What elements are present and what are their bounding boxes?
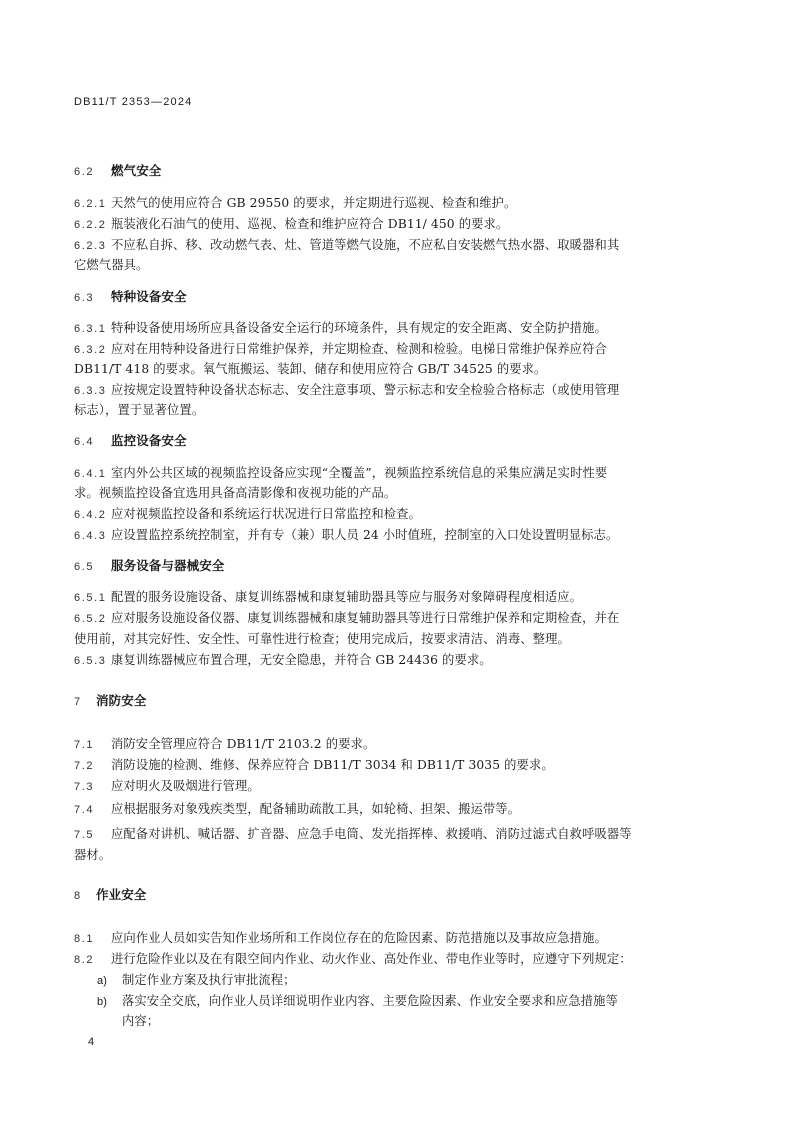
clause-text: 天然气的使用应符合 GB 29550 的要求，并定期进行巡视、检查和维护。 [111, 196, 516, 210]
clause-number: 6.3.1 [74, 321, 111, 337]
clause-8-2: 8.2进行危险作业以及在有限空间内作业、动火作业、高处作业、带电作业等时，应遵守… [74, 951, 632, 968]
clause-number: 6.5.3 [74, 653, 111, 669]
clause-8-1: 8.1应向作业人员如实告知作业场所和工作岗位存在的危险因素、防范措施以及事故应急… [74, 930, 607, 947]
clause-number: 6.2.3 [74, 238, 111, 254]
clause-text: 进行危险作业以及在有限空间内作业、动火作业、高处作业、带电作业等时，应遵守下列规… [111, 952, 632, 966]
clause-text: 应对视频监控设备和系统运行状况进行日常监控和检查。 [111, 507, 421, 521]
clause-number: 6.4.2 [74, 507, 111, 523]
clause-number: 7.5 [74, 827, 111, 843]
clause-number: 6.4.3 [74, 528, 111, 544]
clause-text: 室内外公共区域的视频监控设备应实现“全覆盖”，视频监控系统信息的采集应满足实时性… [111, 466, 607, 480]
section-heading-6-3: 6.3特种设备安全 [74, 289, 187, 306]
clause-text: 消防设施的检测、维修、保养应符合 DB11/T 3034 和 DB11/T 30… [111, 758, 554, 772]
section-heading-6-5: 6.5服务设备与器械安全 [74, 558, 224, 575]
clause-6-4-1-cont: 求。视频监控设备宜选用具备高清影像和夜视功能的产品。 [74, 485, 396, 501]
clause-text: 瓶装液化石油气的使用、巡视、检查和维护应符合 DB11/ 450 的要求。 [111, 217, 508, 231]
section-number: 6.4 [74, 434, 111, 450]
clause-6-3-3: 6.3.3应按规定设置特种设备状态标志、安全注意事项、警示标志和安全检验合格标志… [74, 382, 619, 399]
list-item-a: a)制定作业方案及执行审批流程； [97, 972, 296, 989]
clause-number: 6.4.1 [74, 466, 111, 482]
clause-text: 不应私自拆、移、改动燃气表、灶、管道等燃气设施，不应私自安装燃气热水器、取暖器和… [111, 238, 619, 252]
clause-6-5-3: 6.5.3康复训练器械应布置合理，无安全隐患，并符合 GB 24436 的要求。 [74, 652, 492, 669]
clause-number: 7.4 [74, 802, 111, 818]
section-title: 燃气安全 [111, 163, 161, 178]
clause-number: 8.1 [74, 931, 111, 947]
section-number: 7 [74, 694, 96, 710]
list-text: 制定作业方案及执行审批流程； [122, 973, 296, 987]
clause-7-1: 7.1消防安全管理应符合 DB11/T 2103.2 的要求。 [74, 736, 375, 753]
clause-text: 康复训练器械应布置合理，无安全隐患，并符合 GB 24436 的要求。 [111, 653, 492, 667]
clause-6-4-3: 6.4.3应设置监控系统控制室，并有专（兼）职人员 24 小时值班，控制室的入口… [74, 527, 618, 544]
list-item-b-cont: 内容； [122, 1013, 159, 1029]
section-heading-7: 7消防安全 [74, 693, 146, 710]
list-text: 落实安全交底，向作业人员详细说明作业内容、主要危险因素、作业安全要求和应急措施等 [122, 994, 618, 1008]
clause-number: 6.3.2 [74, 342, 111, 358]
clause-7-5: 7.5应配备对讲机、喊话器、扩音器、应急手电筒、发光指挥棒、救援哨、消防过滤式自… [74, 826, 632, 843]
section-title: 作业安全 [96, 887, 146, 902]
page-number: 4 [88, 1036, 94, 1048]
clause-6-4-2: 6.4.2应对视频监控设备和系统运行状况进行日常监控和检查。 [74, 506, 421, 523]
clause-text: 应按规定设置特种设备状态标志、安全注意事项、警示标志和安全检验合格标志（或使用管… [111, 383, 619, 397]
clause-number: 7.1 [74, 737, 111, 753]
section-title: 消防安全 [96, 693, 146, 708]
list-label: a) [97, 973, 122, 989]
section-number: 6.3 [74, 290, 111, 306]
clause-7-4: 7.4应根据服务对象残疾类型，配备辅助疏散工具，如轮椅、担架、搬运带等。 [74, 801, 520, 818]
clause-text: 应向作业人员如实告知作业场所和工作岗位存在的危险因素、防范措施以及事故应急措施。 [111, 931, 607, 945]
clause-7-3: 7.3应对明火及吸烟进行管理。 [74, 778, 260, 795]
clause-6-5-2-cont: 使用前，对其完好性、安全性、可靠性进行检查；使用完成后，按要求清洁、消毒、整理。 [74, 631, 570, 647]
clause-6-5-1: 6.5.1配置的服务设施设备、康复训练器械和康复辅助器具等应与服务对象障碍程度相… [74, 589, 582, 606]
clause-6-3-3-cont: 标志），置于显著位置。 [74, 402, 204, 418]
clause-number: 6.5.2 [74, 611, 111, 627]
clause-text: 配置的服务设施设备、康复训练器械和康复辅助器具等应与服务对象障碍程度相适应。 [111, 590, 582, 604]
section-title: 监控设备安全 [111, 433, 187, 448]
clause-6-2-3: 6.2.3不应私自拆、移、改动燃气表、灶、管道等燃气设施，不应私自安装燃气热水器… [74, 237, 619, 254]
clause-number: 6.3.3 [74, 383, 111, 399]
clause-6-3-1: 6.3.1特种设备使用场所应具备设备安全运行的环境条件，具有规定的安全距离、安全… [74, 320, 607, 337]
clause-7-2: 7.2消防设施的检测、维修、保养应符合 DB11/T 3034 和 DB11/T… [74, 757, 554, 774]
section-title: 特种设备安全 [111, 289, 187, 304]
clause-number: 6.5.1 [74, 590, 111, 606]
clause-6-2-1: 6.2.1天然气的使用应符合 GB 29550 的要求，并定期进行巡视、检查和维… [74, 195, 516, 212]
clause-6-3-2-cont: DB11/T 418 的要求。氧气瓶搬运、装卸、储存和使用应符合 GB/T 34… [74, 361, 546, 377]
clause-text: 应设置监控系统控制室，并有专（兼）职人员 24 小时值班，控制室的入口处设置明显… [111, 528, 618, 542]
clause-text: 应配备对讲机、喊话器、扩音器、应急手电筒、发光指挥棒、救援哨、消防过滤式自救呼吸… [111, 827, 632, 841]
clause-number: 8.2 [74, 952, 111, 968]
clause-6-2-2: 6.2.2瓶装液化石油气的使用、巡视、检查和维护应符合 DB11/ 450 的要… [74, 216, 508, 233]
clause-number: 6.2.1 [74, 196, 111, 212]
section-number: 6.2 [74, 164, 111, 180]
standard-number-header: DB11/T 2353—2024 [74, 96, 192, 108]
clause-number: 7.3 [74, 779, 111, 795]
section-heading-6-2: 6.2燃气安全 [74, 163, 161, 180]
clause-7-5-cont: 器材。 [74, 847, 111, 863]
clause-6-3-2: 6.3.2应对在用特种设备进行日常维护保养，并定期检查、检测和检验。电梯日常维护… [74, 341, 607, 358]
list-label: b) [97, 994, 122, 1010]
list-item-b: b)落实安全交底，向作业人员详细说明作业内容、主要危险因素、作业安全要求和应急措… [97, 993, 618, 1010]
clause-text: 应对服务设施设备仪器、康复训练器械和康复辅助器具等进行日常维护保养和定期检查，并… [111, 611, 619, 625]
clause-text: 消防安全管理应符合 DB11/T 2103.2 的要求。 [111, 737, 375, 751]
section-number: 8 [74, 888, 96, 904]
clause-text: 应根据服务对象残疾类型，配备辅助疏散工具，如轮椅、担架、搬运带等。 [111, 802, 520, 816]
clause-number: 6.2.2 [74, 217, 111, 233]
clause-6-4-1: 6.4.1室内外公共区域的视频监控设备应实现“全覆盖”，视频监控系统信息的采集应… [74, 465, 607, 482]
clause-number: 7.2 [74, 758, 111, 774]
clause-6-5-2: 6.5.2应对服务设施设备仪器、康复训练器械和康复辅助器具等进行日常维护保养和定… [74, 610, 619, 627]
section-number: 6.5 [74, 559, 111, 575]
clause-6-2-3-cont: 它燃气器具。 [74, 257, 148, 273]
section-title: 服务设备与器械安全 [111, 558, 224, 573]
clause-text: 特种设备使用场所应具备设备安全运行的环境条件，具有规定的安全距离、安全防护措施。 [111, 321, 607, 335]
clause-text: 应对在用特种设备进行日常维护保养，并定期检查、检测和检验。电梯日常维护保养应符合 [111, 342, 607, 356]
section-heading-8: 8作业安全 [74, 887, 146, 904]
clause-text: 应对明火及吸烟进行管理。 [111, 779, 260, 793]
section-heading-6-4: 6.4监控设备安全 [74, 433, 187, 450]
